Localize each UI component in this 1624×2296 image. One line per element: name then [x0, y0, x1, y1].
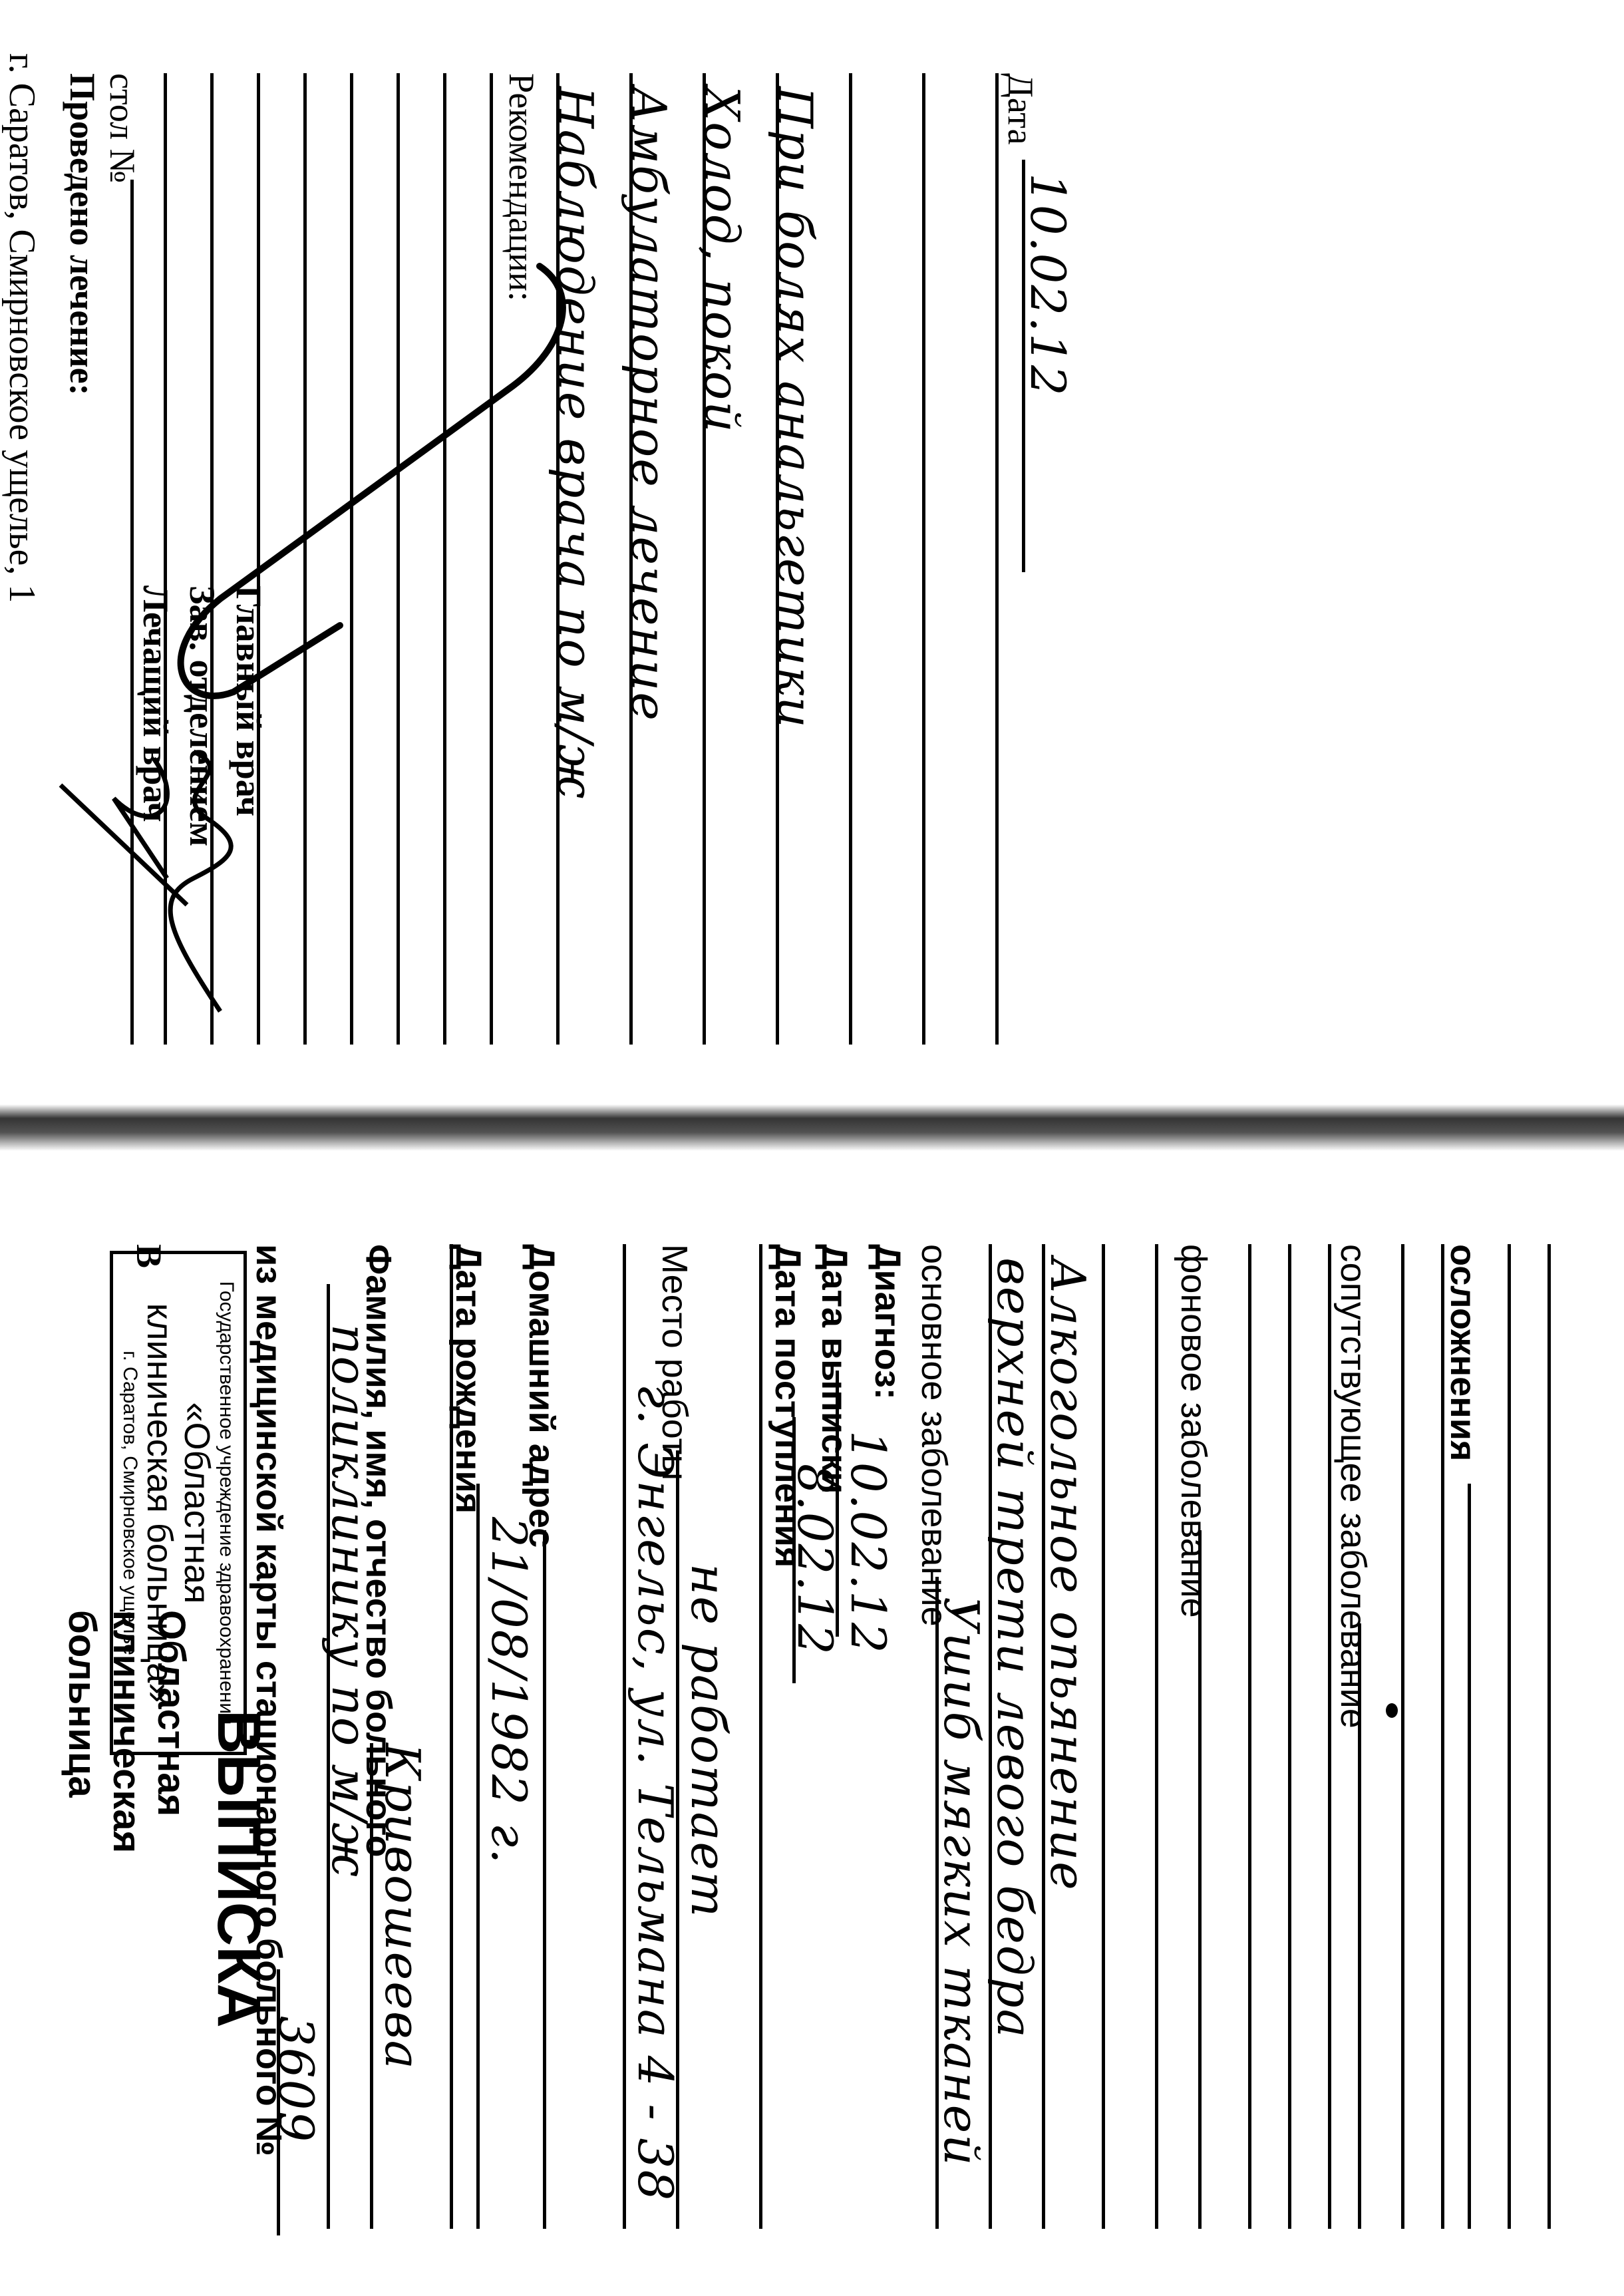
- main-disease-line-c: [1042, 1244, 1045, 2229]
- to-label: В: [131, 1244, 167, 1268]
- work-line: [676, 1450, 679, 2229]
- birth-line: [476, 1484, 480, 2229]
- background-line-3: [1288, 1244, 1291, 2229]
- rec-line-7: [995, 73, 999, 1045]
- main-disease-line-3: Алкогольное опьянение: [1044, 1257, 1092, 1891]
- rec-line-5: [849, 73, 852, 1045]
- main-disease-value: Ушиб мягких тканей: [937, 1597, 985, 2167]
- complications-line: [1468, 1484, 1471, 2229]
- rec-line-1: [556, 73, 560, 1045]
- hospital-name: Областная клиническая больница: [60, 1610, 194, 1853]
- birth-label: Дата рождения: [450, 1244, 486, 1514]
- address-footer: г. Саратов, Смирновское ущелье, 1: [3, 53, 41, 603]
- recommendations-label: Рекомендации:: [504, 73, 540, 301]
- work-value: не работает: [685, 1563, 732, 1918]
- concomitant-line-2: [1401, 1244, 1404, 2229]
- name-value: Кривошеева: [379, 1743, 426, 2070]
- concomitant-disease-line: [1358, 1623, 1361, 2229]
- admission-line: [792, 1417, 796, 1683]
- date-label: Дата: [1003, 73, 1039, 145]
- scanned-document: Государственное учреждение здравоохранен…: [0, 0, 1624, 2296]
- main-disease-line-b: [989, 1244, 992, 2229]
- treatment-label: Проведено лечение:: [65, 73, 100, 396]
- name-line: [370, 1743, 373, 2229]
- address-line: [543, 1530, 546, 2229]
- discharge-value: 10.02.12: [844, 1430, 892, 1655]
- date-line: [1022, 160, 1025, 572]
- address-line-2: [623, 1244, 626, 2229]
- ink-spot: [1386, 1703, 1398, 1718]
- treatment-page: Проведено лечение: стол № Рекомендации: …: [0, 0, 1624, 1148]
- birth-value: 21/08/1982 г.: [485, 1517, 533, 1865]
- stamp-line-1: Государственное учреждение здравоохранен…: [216, 1270, 238, 1736]
- complications-line-2: [1508, 1244, 1511, 2229]
- signature-attending-doctor: [21, 745, 194, 918]
- diet-label: стол №: [104, 73, 140, 183]
- rec-line-4: [776, 73, 779, 1045]
- main-disease-line-d: [1102, 1244, 1105, 2229]
- background-line-2: [1248, 1244, 1251, 2229]
- address-value: г. Энгельс, ул. Тельмана 4 - 38: [631, 1384, 679, 2202]
- main-disease-line: [935, 1577, 939, 2229]
- address-label: Домашний адрес: [524, 1244, 560, 1548]
- to-line: [327, 1284, 330, 2229]
- discharge-line: [836, 1371, 839, 1637]
- rec-line-6: [922, 73, 925, 1045]
- card-number-line: [277, 1969, 280, 2235]
- complications-label: осложнения: [1445, 1244, 1481, 1461]
- background-disease-label: фоновое заболевание: [1176, 1244, 1212, 1618]
- background-line-4: [1328, 1244, 1331, 2229]
- rec-line-3: [703, 73, 706, 1045]
- work-label: Место работы: [657, 1244, 693, 1480]
- diagnosis-label: Диагноз:: [870, 1244, 905, 1400]
- rec-line-2: [629, 73, 633, 1045]
- date-value: 10.02.12: [1024, 173, 1072, 397]
- concomitant-disease-label: сопутствующее заболевание: [1335, 1244, 1371, 1728]
- main-disease-label: основное заболевание: [916, 1244, 952, 1627]
- main-disease-line-e: [1155, 1244, 1158, 2229]
- work-line-2: [759, 1244, 762, 2229]
- z-strikethrough-mark: [160, 253, 593, 719]
- background-disease-line: [1198, 1530, 1202, 2229]
- complications-line-3: [1547, 1244, 1551, 2229]
- main-disease-line-2: верхней трети левого бедра: [991, 1257, 1039, 2039]
